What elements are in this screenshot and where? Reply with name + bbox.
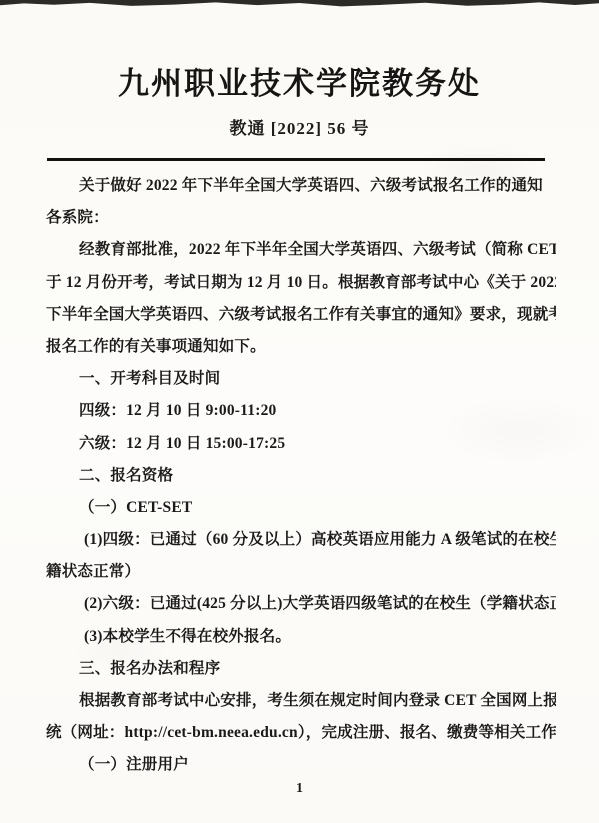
document-body: 关于做好 2022 年下半年全国大学英语四、六级考试报名工作的通知 各系院： 经… xyxy=(46,170,556,782)
subsection-heading: （一）CET-SET xyxy=(46,492,556,524)
scanned-document-page: 九州职业技术学院教务处 教通 [2022] 56 号 关于做好 2022 年下半… xyxy=(0,0,599,823)
salutation: 各系院： xyxy=(46,202,556,234)
doc-number: 教通 [2022] 56 号 xyxy=(0,114,599,139)
cet6-time-line: 六级：12 月 10 日 15:00-17:25 xyxy=(46,428,556,460)
body-line: (1)四级：已通过（60 分及以上）高校英语应用能力 A 级笔试的在校生。（学 xyxy=(46,524,556,556)
issuer-title: 九州职业技术学院教务处 xyxy=(0,58,599,103)
body-line: 于 12 月份开考，考试日期为 12 月 10 日。根据教育部考试中心《关于 2… xyxy=(46,267,556,299)
body-line: 经教育部批准，2022 年下半年全国大学英语四、六级考试（简称 CET）将 xyxy=(46,234,556,266)
section-heading-3: 三、报名办法和程序 xyxy=(46,653,556,685)
section-heading-1: 一、开考科目及时间 xyxy=(46,363,556,395)
body-line: 根据教育部考试中心安排，考生须在规定时间内登录 CET 全国网上报名系 xyxy=(46,685,556,717)
subsection-heading: （一）注册用户 xyxy=(46,749,556,781)
body-line: (2)六级：已通过(425 分以上)大学英语四级笔试的在校生（学籍状态正常） xyxy=(46,588,556,620)
section-heading-2: 二、报名资格 xyxy=(46,460,556,492)
body-line: (3)本校学生不得在校外报名。 xyxy=(46,621,556,653)
body-line: 下半年全国大学英语四、六级考试报名工作有关事宜的通知》要求，现就考试 xyxy=(46,299,556,331)
scan-edge-artifact xyxy=(0,0,599,8)
page-number: 1 xyxy=(0,781,599,797)
notice-subject: 关于做好 2022 年下半年全国大学英语四、六级考试报名工作的通知 xyxy=(46,170,556,202)
body-line: 籍状态正常） xyxy=(46,556,556,588)
cet4-time-line: 四级：12 月 10 日 9:00-11:20 xyxy=(46,395,556,427)
header-divider xyxy=(47,158,545,161)
body-line: 报名工作的有关事项通知如下。 xyxy=(46,331,556,363)
registration-url-line: 统（网址：http://cet-bm.neea.edu.cn），完成注册、报名、… xyxy=(46,717,556,749)
